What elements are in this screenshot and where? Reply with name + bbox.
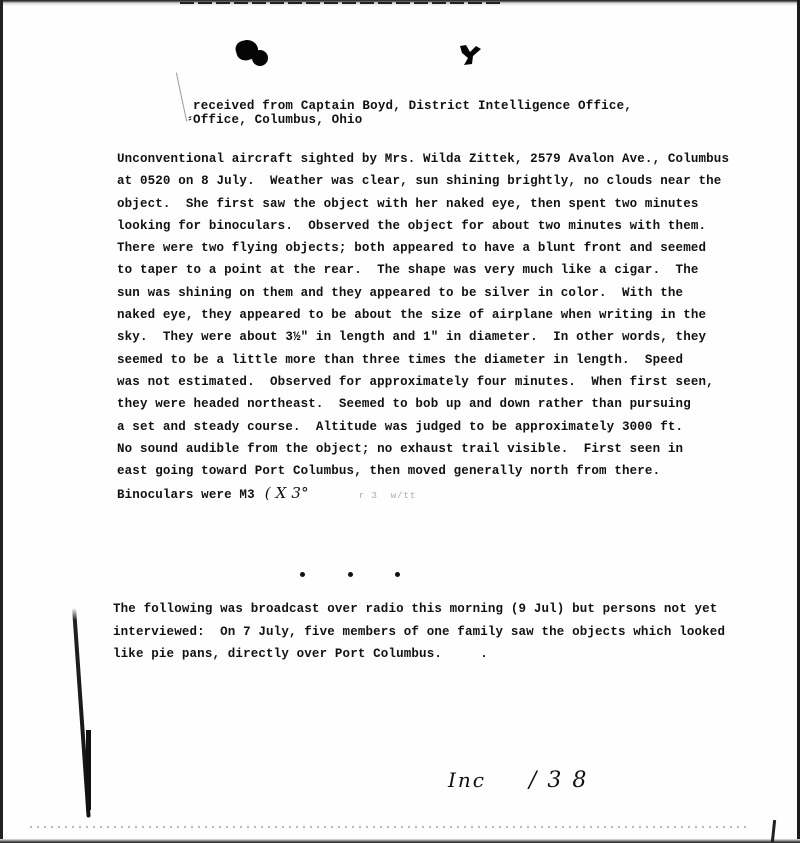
scan-edge-bottom [0,839,800,843]
report-line: No sound audible from the object; no exh… [117,438,677,460]
broadcast-line: The following was broadcast over radio t… [113,598,673,621]
report-line: object. She first saw the object with he… [117,193,677,215]
faint-annotation: r 3 w/tt [359,491,417,501]
report-line: they were headed northeast. Seemed to bo… [117,393,677,415]
header-tick-mark: ⸗ [187,113,193,127]
report-line: was not estimated. Observed for approxim… [117,371,677,393]
binoculars-line: Binoculars were M3( X 3°r 3 w/tt [117,482,677,507]
sighting-report: Unconventional aircraft sighted by Mrs. … [117,148,677,508]
separator-dot [300,572,305,577]
handwritten-annotation: ( X 3° [265,484,309,502]
report-line: naked eye, they appeared to be about the… [117,304,677,326]
report-line: looking for binoculars. Observed the obj… [117,215,677,237]
report-line: at 0520 on 8 July. Weather was clear, su… [117,170,677,192]
report-line: a set and steady course. Altitude was ju… [117,416,677,438]
broadcast-line: like pie pans, directly over Port Columb… [113,643,673,666]
separator-dot [395,572,400,577]
handwritten-word: Inc [448,768,486,792]
scanned-document-page: received from Captain Boyd, District Int… [0,0,800,843]
document-header: received from Captain Boyd, District Int… [193,99,632,127]
report-line: sky. They were about 3½" in length and 1… [117,326,677,348]
binoculars-label: Binoculars were M3 [117,488,255,502]
scan-edge-left [0,0,3,843]
report-line: seemed to be a little more than three ti… [117,349,677,371]
report-line: sun was shining on them and they appeare… [117,282,677,304]
redaction-mark-left-part [252,50,268,66]
scan-artifact-line [176,72,187,121]
report-line: There were two flying objects; both appe… [117,237,677,259]
report-line: to taper to a point at the rear. The sha… [117,259,677,281]
section-separator [300,570,400,578]
report-line: Unconventional aircraft sighted by Mrs. … [117,148,677,170]
margin-pen-stroke-lower [86,730,91,810]
broadcast-line: interviewed: On 7 July, five members of … [113,621,673,644]
handwritten-number: / 3 8 [529,768,588,793]
report-line: east going toward Port Columbus, then mo… [117,460,677,482]
redaction-mark-right [458,44,482,66]
separator-dot [348,572,353,577]
scan-edge-top-dash [180,2,500,4]
header-line-2: Office, Columbus, Ohio [193,113,632,127]
radio-broadcast-paragraph: The following was broadcast over radio t… [113,598,673,666]
scan-artifact-dots [30,826,750,828]
handwritten-inclosure-note: Inc / 3 8 [448,768,588,793]
header-line-1: received from Captain Boyd, District Int… [193,99,632,113]
